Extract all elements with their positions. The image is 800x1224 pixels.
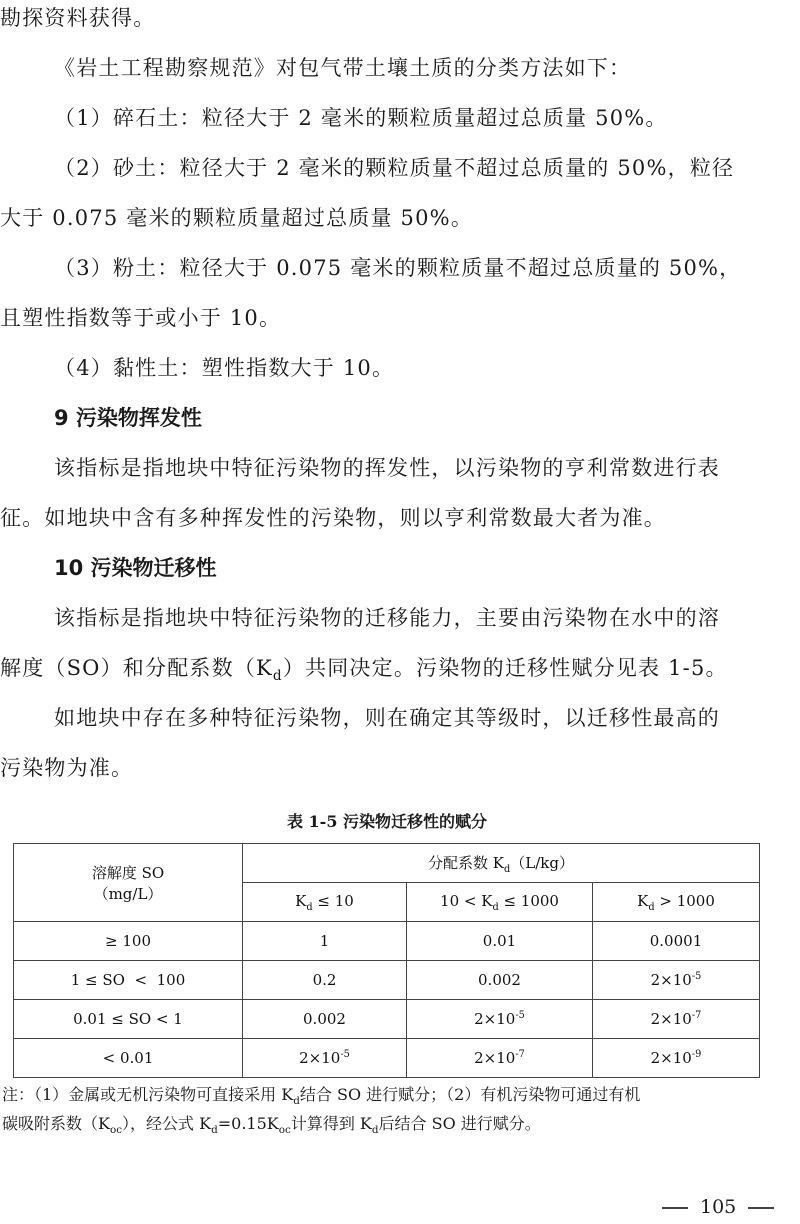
text-span: ），经公式 K bbox=[122, 1114, 211, 1133]
value: 2×10 bbox=[474, 1049, 515, 1067]
value: 0.01 bbox=[483, 932, 516, 950]
text-span: K bbox=[637, 892, 648, 910]
header-text: （mg/L） bbox=[14, 883, 242, 904]
value: 2×10 bbox=[651, 971, 692, 989]
text-span: 注：（1）金属或无机污染物可直接采用 K bbox=[2, 1085, 293, 1104]
solubility-cell: 1 ≤ SO < 100 bbox=[14, 961, 243, 1000]
text-span: =0.15K bbox=[218, 1114, 279, 1133]
header-solubility: 溶解度 SO （mg/L） bbox=[14, 844, 243, 922]
solubility-cell: 0.01 ≤ SO < 1 bbox=[14, 1000, 243, 1039]
value-cell: 1 bbox=[243, 922, 407, 961]
paragraph-line: 勘探资料获得。 bbox=[0, 4, 155, 32]
value-cell: 0.002 bbox=[243, 1000, 407, 1039]
value-cell: 2×10-5 bbox=[243, 1039, 407, 1078]
table-row: 1 ≤ SO < 100 0.2 0.002 2×10-5 bbox=[14, 961, 760, 1000]
text-span: 后结合 SO 进行赋分。 bbox=[379, 1114, 541, 1133]
value-cell: 0.01 bbox=[407, 922, 593, 961]
table-row: < 0.01 2×10-5 2×10-7 2×10-9 bbox=[14, 1039, 760, 1078]
text-span: 结合 SO 进行赋分；（2）有机污染物可通过有机 bbox=[300, 1085, 640, 1104]
table-row: 0.01 ≤ SO < 1 0.002 2×10-5 2×10-7 bbox=[14, 1000, 760, 1039]
value-cell: 0.2 bbox=[243, 961, 407, 1000]
text-span: 碳吸附系数（K bbox=[2, 1114, 110, 1133]
paragraph-line: 征。如地块中含有多种挥发性的污染物，则以亨利常数最大者为准。 bbox=[0, 504, 666, 532]
table-caption: 表 1-5 污染物迁移性的赋分 bbox=[0, 810, 774, 834]
header-text: 溶解度 SO bbox=[14, 862, 242, 883]
text-span: ≤ 10 bbox=[313, 892, 354, 910]
value: 2×10 bbox=[651, 1010, 692, 1028]
value: 0.002 bbox=[303, 1010, 346, 1028]
text-span: K bbox=[295, 892, 306, 910]
value: 2×10 bbox=[474, 1010, 515, 1028]
value: 2×10 bbox=[299, 1049, 340, 1067]
table-row: ≥ 100 1 0.01 0.0001 bbox=[14, 922, 760, 961]
value-cell: 0.0001 bbox=[593, 922, 760, 961]
paragraph-line: （2）砂土：粒径大于 2 毫米的颗粒质量不超过总质量的 50%，粒径 bbox=[54, 154, 734, 182]
section-heading-9: 9 污染物挥发性 bbox=[54, 404, 202, 432]
migration-score-table: 溶解度 SO （mg/L） 分配系数 Kd（L/kg） Kd ≤ 10 10 <… bbox=[13, 843, 760, 1078]
table-note-line: 碳吸附系数（Koc），经公式 Kd=0.15Koc计算得到 Kd后结合 SO 进… bbox=[2, 1112, 541, 1142]
value-cell: 2×10-5 bbox=[593, 961, 760, 1000]
solubility-cell: < 0.01 bbox=[14, 1039, 243, 1078]
exponent: -5 bbox=[692, 971, 702, 982]
paragraph-line: 《岩土工程勘察规范》对包气带土壤土质的分类方法如下： bbox=[54, 54, 631, 82]
paragraph-line: 该指标是指地块中特征污染物的迁移能力，主要由污染物在水中的溶 bbox=[54, 604, 720, 632]
value: 2×10 bbox=[651, 1049, 692, 1067]
paragraph-line: 该指标是指地块中特征污染物的挥发性，以污染物的亨利常数进行表 bbox=[54, 454, 720, 482]
value: 0.002 bbox=[478, 971, 521, 989]
subscript: d bbox=[273, 668, 283, 684]
paragraph-line: 污染物为准。 bbox=[0, 754, 133, 782]
column-header: 10 < Kd ≤ 1000 bbox=[407, 883, 593, 922]
table-header-row: 溶解度 SO （mg/L） 分配系数 Kd（L/kg） bbox=[14, 844, 760, 883]
text-span: ≤ 1000 bbox=[499, 892, 559, 910]
value: 0.0001 bbox=[650, 932, 703, 950]
paragraph-line: 大于 0.075 毫米的颗粒质量超过总质量 50%。 bbox=[0, 204, 473, 232]
subscript: oc bbox=[279, 1124, 291, 1136]
value-cell: 0.002 bbox=[407, 961, 593, 1000]
exponent: -5 bbox=[515, 1010, 525, 1021]
subscript: oc bbox=[110, 1124, 122, 1136]
header-partition-coefficient: 分配系数 Kd（L/kg） bbox=[243, 844, 760, 883]
subscript: d bbox=[293, 1095, 300, 1107]
exponent: -7 bbox=[692, 1010, 702, 1021]
solubility-cell: ≥ 100 bbox=[14, 922, 243, 961]
text-span: 计算得到 K bbox=[291, 1114, 372, 1133]
value-cell: 2×10-7 bbox=[407, 1039, 593, 1078]
subscript: d bbox=[372, 1124, 379, 1136]
text-span: > 1000 bbox=[655, 892, 715, 910]
subscript: d bbox=[211, 1124, 218, 1136]
paragraph-line: （4）黏性土：塑性指数大于 10。 bbox=[54, 354, 394, 382]
dash-decoration bbox=[748, 1207, 774, 1209]
table-note-line: 注：（1）金属或无机污染物可直接采用 Kd结合 SO 进行赋分；（2）有机污染物… bbox=[2, 1083, 640, 1113]
paragraph-line: （3）粉土：粒径大于 0.075 毫米的颗粒质量不超过总质量的 50%， bbox=[54, 254, 741, 282]
paragraph-line: （1）碎石土：粒径大于 2 毫米的颗粒质量超过总质量 50%。 bbox=[54, 104, 668, 132]
text-span: ）共同决定。污染物的迁移性赋分见表 1-5。 bbox=[283, 656, 728, 680]
text-span: 解度（SO）和分配系数（K bbox=[0, 656, 273, 680]
header-text: （L/kg） bbox=[510, 854, 574, 872]
paragraph-line: 如地块中存在多种特征污染物，则在确定其等级时，以迁移性最高的 bbox=[54, 704, 720, 732]
value-cell: 2×10-9 bbox=[593, 1039, 760, 1078]
dash-decoration bbox=[662, 1207, 688, 1209]
text-span: 10 < K bbox=[440, 892, 492, 910]
value: 1 bbox=[320, 932, 330, 950]
paragraph-line: 解度（SO）和分配系数（Kd）共同决定。污染物的迁移性赋分见表 1-5。 bbox=[0, 654, 728, 690]
page-number: 105 bbox=[700, 1196, 736, 1218]
column-header: Kd > 1000 bbox=[593, 883, 760, 922]
paragraph-line: 且塑性指数等于或小于 10。 bbox=[0, 304, 281, 332]
section-heading-10: 10 污染物迁移性 bbox=[54, 554, 217, 582]
exponent: -5 bbox=[340, 1049, 350, 1060]
exponent: -7 bbox=[515, 1049, 525, 1060]
value-cell: 2×10-7 bbox=[593, 1000, 760, 1039]
page-footer: 105 bbox=[650, 1195, 786, 1219]
header-text: 分配系数 K bbox=[428, 854, 504, 872]
column-header: Kd ≤ 10 bbox=[243, 883, 407, 922]
exponent: -9 bbox=[692, 1049, 702, 1060]
value: 0.2 bbox=[313, 971, 337, 989]
value-cell: 2×10-5 bbox=[407, 1000, 593, 1039]
